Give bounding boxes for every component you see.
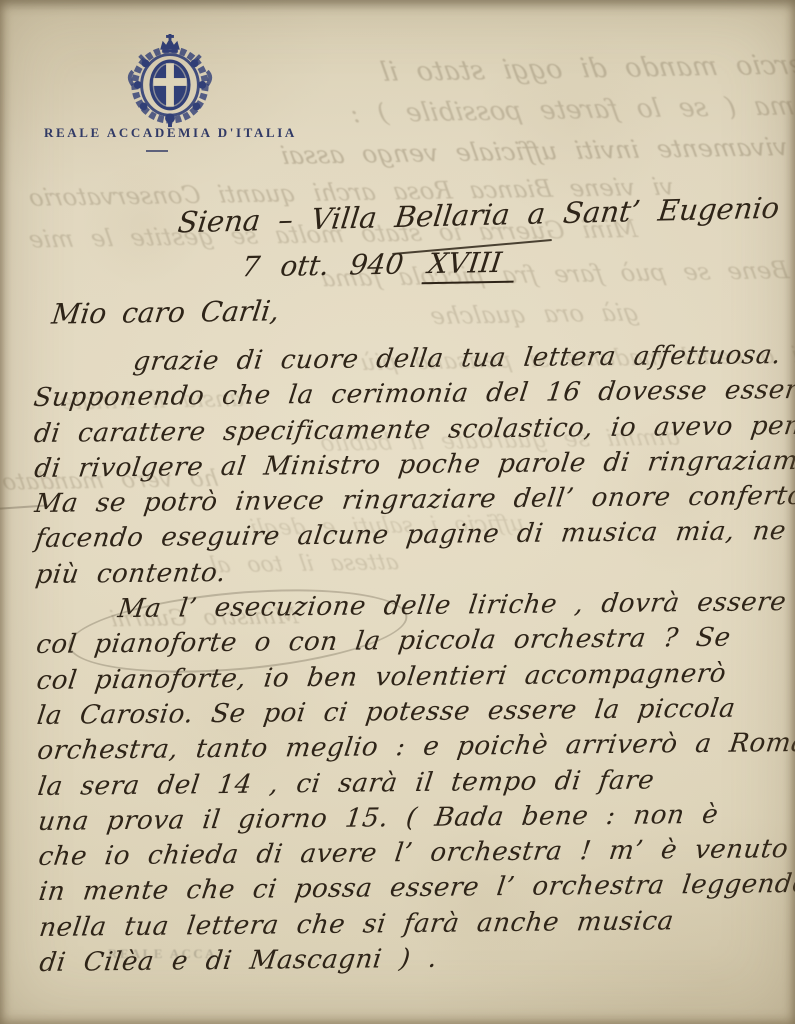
savoy-royal-crest-icon — [116, 34, 224, 133]
salutation: Mio caro Carli, — [50, 294, 281, 330]
letter-body: grazie di cuore della tua lettera affett… — [31, 338, 795, 981]
bleed-through-line: già ora qualche — [428, 298, 641, 330]
date-line: 7 ott. 940 XVIII — [240, 246, 518, 284]
fascist-era-numeral: XVIII — [422, 246, 518, 285]
date-text: 7 ott. 940 — [240, 248, 405, 284]
letterhead-underline — [146, 150, 168, 152]
letterhead-institution: REALE ACCADEMIA D'ITALIA — [44, 125, 297, 141]
